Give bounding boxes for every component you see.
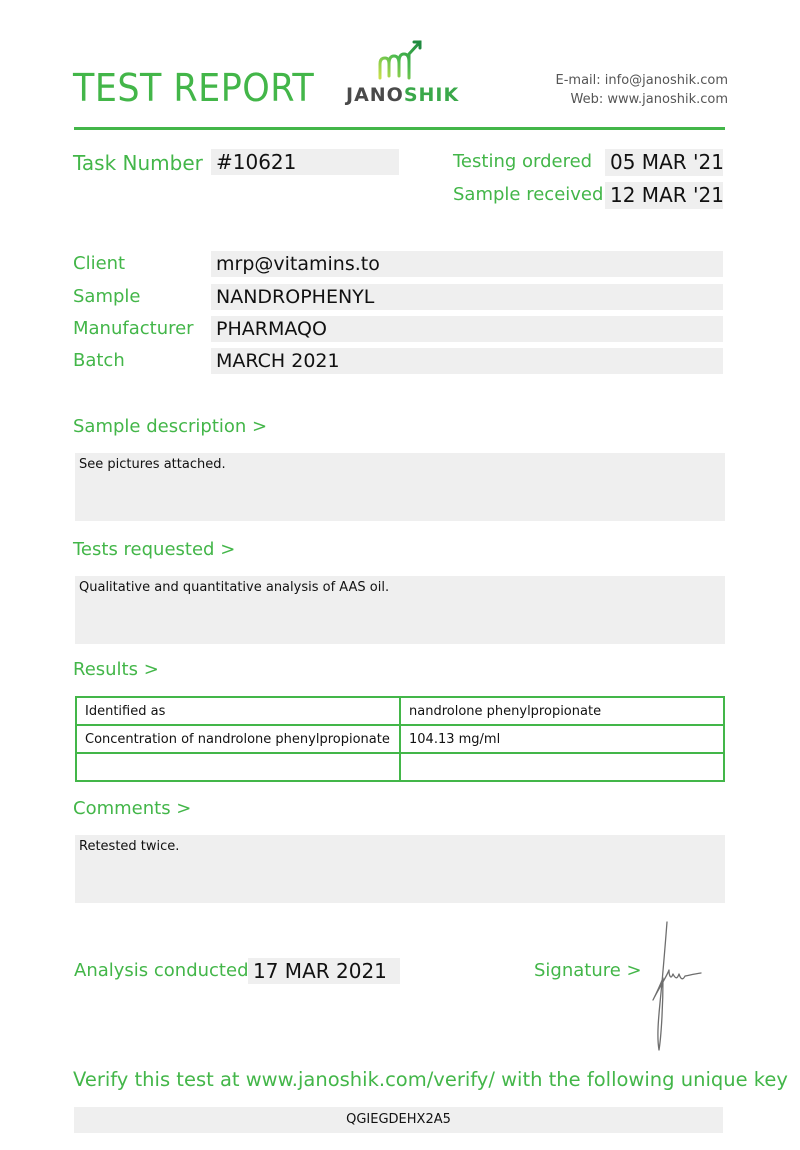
- sample-label: Sample: [73, 286, 141, 307]
- table-row: Identified as nandrolone phenylpropionat…: [76, 697, 724, 725]
- batch-value: MARCH 2021: [211, 348, 723, 374]
- manufacturer-label: Manufacturer: [73, 318, 194, 339]
- result-key: [76, 753, 400, 781]
- task-number-label: Task Number: [73, 151, 203, 175]
- testing-ordered-value: 05 MAR '21: [605, 149, 723, 176]
- sample-description-title: Sample description >: [73, 416, 267, 437]
- result-value: [400, 753, 724, 781]
- sample-received-label: Sample received >: [453, 184, 624, 205]
- comments-title: Comments >: [73, 798, 191, 819]
- logo-wordmark: JANOSHIK: [346, 84, 459, 106]
- client-value: mrp@vitamins.to: [211, 251, 723, 277]
- signature-label: Signature >: [534, 960, 642, 981]
- result-value: 104.13 mg/ml: [400, 725, 724, 753]
- results-title: Results >: [73, 659, 159, 680]
- batch-label: Batch: [73, 350, 125, 371]
- report-title: TEST REPORT: [73, 66, 314, 110]
- results-table: Identified as nandrolone phenylpropionat…: [75, 696, 725, 782]
- tests-requested-title: Tests requested >: [73, 539, 235, 560]
- table-row: [76, 753, 724, 781]
- analysis-conducted-label: Analysis conducted >: [74, 960, 269, 981]
- result-value: nandrolone phenylpropionate: [400, 697, 724, 725]
- janoshik-logo: JANOSHIK: [346, 40, 456, 108]
- result-key: Concentration of nandrolone phenylpropio…: [76, 725, 400, 753]
- analysis-conducted-value: 17 MAR 2021: [248, 958, 400, 984]
- contact-email: E-mail: info@janoshik.com: [556, 71, 728, 90]
- contact-web: Web: www.janoshik.com: [556, 90, 728, 109]
- task-number-value: #10621: [211, 149, 399, 175]
- comments-box: Retested twice.: [75, 835, 725, 903]
- sample-description-box: See pictures attached.: [75, 453, 725, 521]
- verify-instructions: Verify this test at www.janoshik.com/ver…: [73, 1068, 788, 1091]
- chart-bars-logo-icon: [376, 40, 424, 80]
- header-divider: [74, 127, 725, 130]
- tests-requested-box: Qualitative and quantitative analysis of…: [75, 576, 725, 644]
- manufacturer-value: PHARMAQO: [211, 316, 723, 342]
- contact-info: E-mail: info@janoshik.com Web: www.janos…: [556, 71, 728, 109]
- sample-received-value: 12 MAR '21: [605, 182, 723, 209]
- testing-ordered-label: Testing ordered >: [453, 151, 619, 172]
- sample-value: NANDROPHENYL: [211, 284, 723, 310]
- client-label: Client: [73, 253, 125, 274]
- result-key: Identified as: [76, 697, 400, 725]
- table-row: Concentration of nandrolone phenylpropio…: [76, 725, 724, 753]
- unique-key: QGIEGDEHX2A5: [74, 1107, 723, 1133]
- signature-icon: [645, 918, 705, 1058]
